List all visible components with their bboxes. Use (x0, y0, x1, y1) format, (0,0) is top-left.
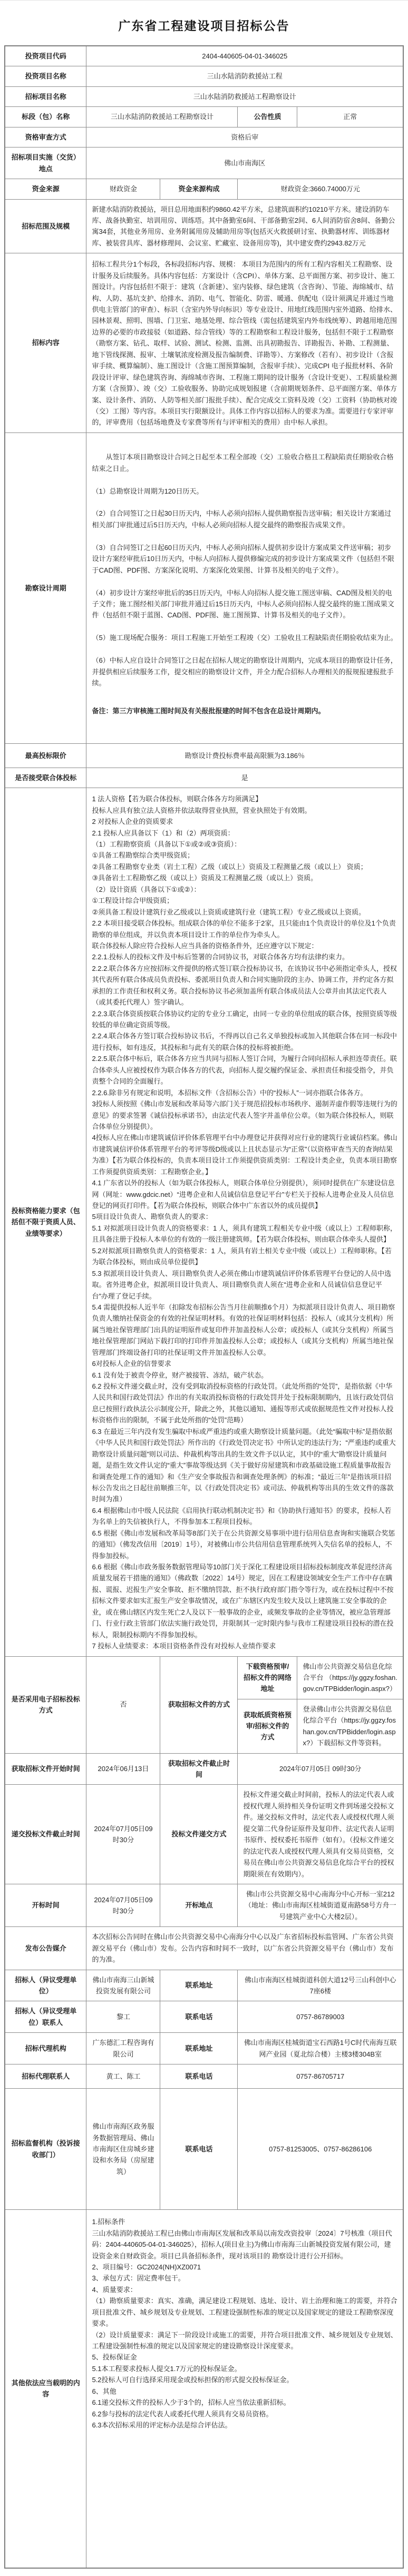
table-row: 招标代理机构 广东德汇工程咨询有限公司 联系地址 佛山市南海区桂城街道宝石西路1… (5, 2033, 403, 2064)
supervision-label: 招标监督机构（投诉接收部门） (5, 2089, 86, 2210)
section-name-label: 标段（包）名称 (5, 107, 86, 127)
tender-content-value: 招标工程共分1个标段，各标段招标内容、规模： 本项目为范围内的所有工程内容相关工… (86, 253, 403, 433)
agency-address-value: 佛山市南海区桂城街道宝石西路1号C时代南海互联网产业园（夏北综合楼）主楼3楼30… (238, 2033, 403, 2064)
invest-name-value: 三山水陆消防救援站工程 (86, 66, 403, 86)
tenderer-address-label: 联系地址 (160, 1970, 238, 2001)
supervision-phone-value: 0757-81253005、0757-86286106 (238, 2089, 403, 2210)
page-title: 广东省工程建设项目招标公告 (0, 16, 408, 34)
opening-place-value: 佛山市公共资源交易中心南海分中心开标一室212 （地址：佛山市南海区桂城街道夏南… (238, 1884, 403, 1926)
obtain-start-value: 2024年06月13日 (86, 1753, 160, 1785)
supervision-phone-label: 联系电话 (160, 2089, 238, 2210)
tenderer-contact-label: 招标人（异议受理单位）联系人 (5, 2001, 86, 2033)
table-row: 招标内容 招标工程共分1个标段，各标段招标内容、规模： 本项目为范围内的所有工程… (5, 253, 403, 433)
table-row: 投资项目代码 2404-440605-04-01-346025 (5, 46, 403, 66)
survey-design-period-label: 勘察设计周期 (5, 432, 86, 743)
section-name-value: 三山水陆消防救援站工程勘察设计 (86, 107, 238, 127)
table-row: 招标范围及规模 新建水陆消防救援站，项目总用地面积约9860.42平方米，总建筑… (5, 199, 403, 253)
qualification-review-value: 资格后审 (86, 127, 403, 147)
table-row: 勘察设计周期 从签订本项目勘察设计合同之日起至本工程全部竣（交）工验收合格且工程… (5, 432, 403, 743)
opening-time-value: 2024年07月05日09时30分 (86, 1884, 160, 1926)
table-row: 递交投标文件截止时间 2024年07月05日09时30分 投标文件递交方式 投标… (5, 1785, 403, 1884)
project-code-label: 投资项目代码 (5, 46, 86, 66)
table-row: 招标人（异议受理单位）联系人 黎工 联系电话 0757-86789003 (5, 2001, 403, 2033)
submit-deadline-label: 递交投标文件截止时间 (5, 1785, 86, 1884)
other-content-value: 1.招标条件 三山水陆消防救援站工程已由佛山市南海区发展和改革局以南发改资投审〔… (86, 2210, 403, 2568)
table-row: 开标时间 2024年07月05日09时30分 开标地点 佛山市公共资源交易中心南… (5, 1884, 403, 1926)
tender-name-value: 三山水陆消防救援站工程勘察设计 (86, 86, 403, 106)
agency-address-label: 联系地址 (160, 2033, 238, 2064)
announcement-media-label: 发布公告媒介 (5, 1927, 86, 1970)
submit-method-value: 投标文件递交截止时间前，投标人的法定代表人或授权代理人须持相关身份证明文件到场递… (238, 1785, 403, 1884)
period-note-text: 备注：第三方审核施工图时间及有关报批报建的时间不包含在总设计周期内。 (92, 705, 397, 716)
notice-nature-value: 正常 (297, 107, 403, 127)
tenderer-value: 佛山市南海三山新城投资发展有限公司 (86, 1970, 160, 2001)
tenderer-label: 招标人（异议受理单位） (5, 1970, 86, 2001)
consortium-value: 是 (86, 768, 403, 788)
location-label: 招标项目实施（交货）地点 (5, 148, 86, 179)
agency-value: 广东德汇工程咨询有限公司 (86, 2033, 160, 2064)
download-url-label: 下载资格预审/招标文件的网络地址 (238, 1656, 297, 1699)
table-row: 是否接受联合体投标 是 (5, 768, 403, 788)
table-row: 招标项目实施（交货）地点 佛山市南海区 (5, 148, 403, 179)
table-row: 投标资格能力要求（包括但不限于资质人员、业绩等要求） 1 法人资格【若为联合体投… (5, 788, 403, 1656)
agency-contact-label: 招标代理联系人 (5, 2064, 86, 2089)
supervision-value: 佛山市南海区政务服务数据管理局、佛山市南海区住房城乡建设和水务局（房屋建筑） (86, 2089, 160, 2210)
obtain-start-label: 获取招标文件开始时间 (5, 1753, 86, 1785)
paper-document-label: 获取纸质资格预审/招标文件的方式 (238, 1699, 297, 1753)
price-limit-value: 勘察设计费投标费率最高限额为3.186％ (86, 743, 403, 768)
tender-name-label: 招标项目名称 (5, 86, 86, 106)
notice-nature-label: 公告性质 (238, 107, 297, 127)
other-content-label: 其他依法应当载明的内容 (5, 2210, 86, 2568)
obtain-method-label: 获取招标文件的方式 (160, 1656, 238, 1753)
price-limit-label: 最高投标限价 (5, 743, 86, 768)
obtain-end-label: 获取招标文件截止时间 (160, 1753, 238, 1785)
tender-content-label: 招标内容 (5, 253, 86, 433)
location-value: 佛山市南海区 (86, 148, 403, 179)
table-row: 投资项目名称 三山水陆消防救援站工程 (5, 66, 403, 86)
project-code-value: 2404-440605-04-01-346025 (86, 46, 403, 66)
tenderer-address-value: 佛山市南海区桂城街道科创大道12号三山科创中心7座6楼 (238, 1970, 403, 2001)
paper-document-value: 登录佛山市公共资源交易信息化综合平台（https://jy.ggzy.fosha… (297, 1699, 403, 1753)
agency-phone-value: 0757-86705717 (238, 2064, 403, 2089)
agency-label: 招标代理机构 (5, 2033, 86, 2064)
obtain-end-value: 2024年07月05日 09时30分 (238, 1753, 403, 1785)
scope-value: 新建水陆消防救援站，项目总用地面积约9860.42平方米，总建筑面积约10210… (86, 199, 403, 253)
fund-source-label: 资金来源 (5, 179, 86, 199)
table-row: 其他依法应当载明的内容 1.招标条件 三山水陆消防救援站工程已由佛山市南海区发展… (5, 2210, 403, 2568)
page-top-divider (0, 0, 408, 1)
consortium-label: 是否接受联合体投标 (5, 768, 86, 788)
table-row: 是否采用电子招标投标方式 否 获取招标文件的方式 下载资格预审/招标文件的网络地… (5, 1656, 403, 1699)
electronic-tender-value: 否 (86, 1656, 160, 1753)
bidder-qualification-label: 投标资格能力要求（包括但不限于资质人员、业绩等要求） (5, 788, 86, 1656)
tender-announcement-table: 投资项目代码 2404-440605-04-01-346025 投资项目名称 三… (4, 45, 404, 2569)
period-body-text: 从签订本项目勘察设计合同之日起至本工程全部竣（交）工验收合格且工程缺陷责任期验收… (92, 451, 397, 689)
fund-composition-value: 财政资金:3660.74000万元 (238, 179, 403, 199)
fund-source-value: 财政资金 (86, 179, 160, 199)
table-row: 招标代理联系人 黄工、陈工 联系电话 0757-86705717 (5, 2064, 403, 2089)
table-row: 标段（包）名称 三山水陆消防救援站工程勘察设计 公告性质 正常 (5, 107, 403, 127)
tenderer-phone-label: 联系电话 (160, 2001, 238, 2033)
table-row: 资金来源 财政资金 资金来源构成 财政资金:3660.74000万元 (5, 179, 403, 199)
submit-deadline-value: 2024年07月05日09时30分 (86, 1785, 160, 1884)
submit-method-label: 投标文件递交方式 (160, 1785, 238, 1884)
invest-name-label: 投资项目名称 (5, 66, 86, 86)
table-row: 招标人（异议受理单位） 佛山市南海三山新城投资发展有限公司 联系地址 佛山市南海… (5, 1970, 403, 2001)
fund-composition-label: 资金来源构成 (160, 179, 238, 199)
table-row: 招标监督机构（投诉接收部门） 佛山市南海区政务服务数据管理局、佛山市南海区住房城… (5, 2089, 403, 2210)
bidder-qualification-value: 1 法人资格【若为联合体投标，则联合体各方均须满足】 投标人应具有独立法人资格并… (86, 788, 403, 1656)
announcement-media-value: 本次招标公告同时在佛山市公共资源交易中心南海分中心以及广东省招标投标监管网、广东… (86, 1927, 403, 1970)
electronic-tender-label: 是否采用电子招标投标方式 (5, 1656, 86, 1753)
download-url-value: 佛山市公共资源交易信息化综合平台 （https://jy.ggzy.foshan… (297, 1656, 403, 1699)
table-row: 最高投标限价 勘察设计费投标费率最高限额为3.186％ (5, 743, 403, 768)
table-row: 发布公告媒介 本次招标公告同时在佛山市公共资源交易中心南海分中心以及广东省招标投… (5, 1927, 403, 1970)
tenderer-phone-value: 0757-86789003 (238, 2001, 403, 2033)
survey-design-period-value: 从签订本项目勘察设计合同之日起至本工程全部竣（交）工验收合格且工程缺陷责任期验收… (86, 432, 403, 743)
opening-time-label: 开标时间 (5, 1884, 86, 1926)
opening-place-label: 开标地点 (160, 1884, 238, 1926)
scope-label: 招标范围及规模 (5, 199, 86, 253)
table-row: 获取招标文件开始时间 2024年06月13日 获取招标文件截止时间 2024年0… (5, 1753, 403, 1785)
qualification-review-label: 资格审查方式 (5, 127, 86, 147)
tenderer-contact-value: 黎工 (86, 2001, 160, 2033)
agency-phone-label: 联系电话 (160, 2064, 238, 2089)
agency-contact-value: 黄工、陈工 (86, 2064, 160, 2089)
table-row: 招标项目名称 三山水陆消防救援站工程勘察设计 (5, 86, 403, 106)
table-row: 资格审查方式 资格后审 (5, 127, 403, 147)
